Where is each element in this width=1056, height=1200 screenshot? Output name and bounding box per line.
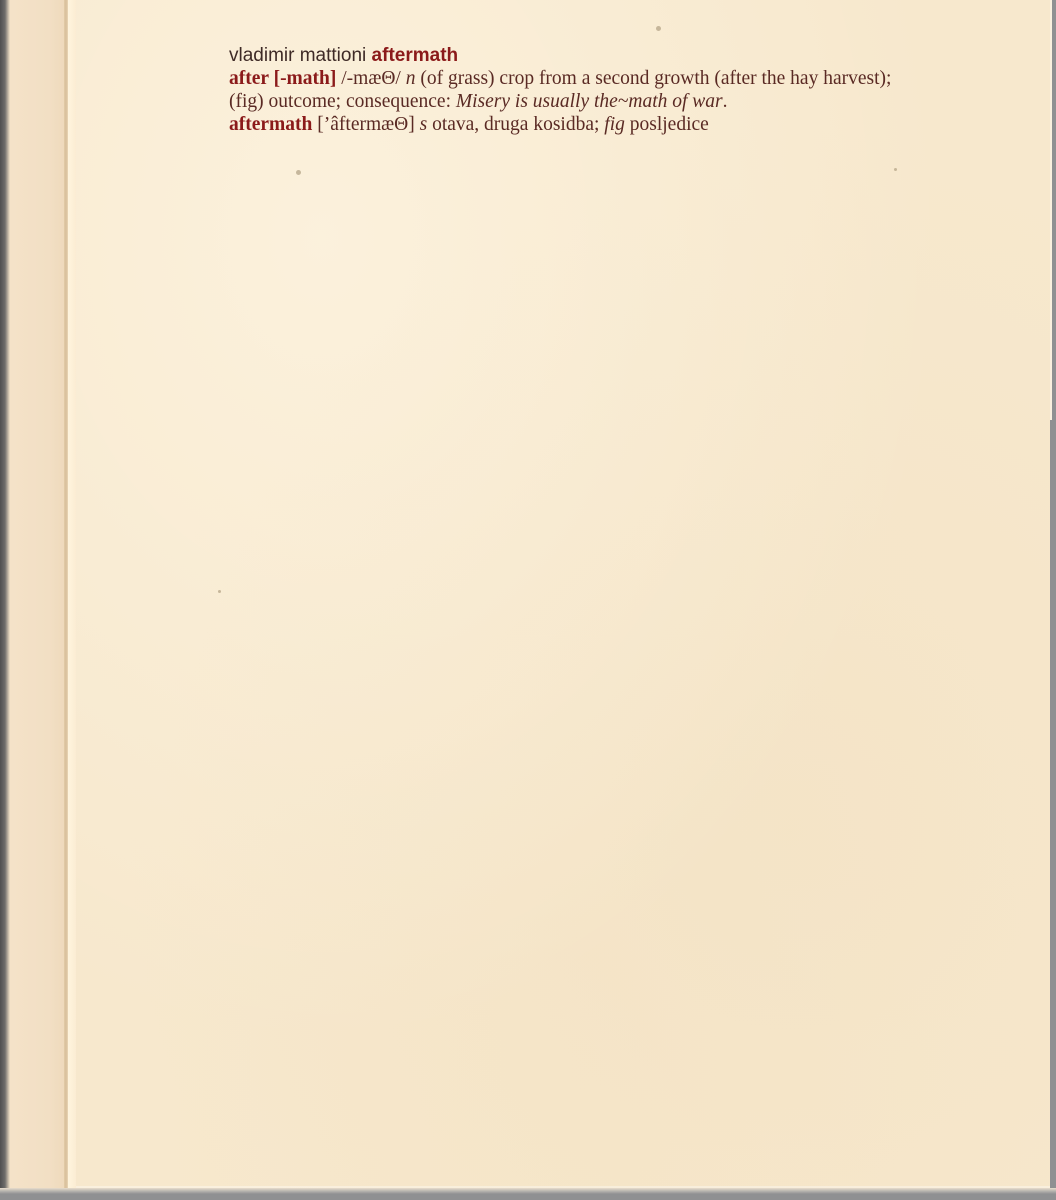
english-definition-line-2: (fig) outcome; consequence:	[229, 91, 456, 112]
spine-edge	[0, 0, 10, 1190]
croatian-part-of-speech: s	[420, 114, 428, 135]
croatian-entry-line: aftermath [’âftermæΘ] s otava, druga kos…	[229, 113, 891, 136]
english-example-period: .	[723, 91, 728, 112]
book-title: aftermath	[372, 45, 459, 66]
english-entry-line-2: (fig) outcome; consequence: Misery is us…	[229, 90, 891, 113]
paper-speck	[218, 590, 221, 593]
paper-speck	[296, 170, 301, 175]
english-headword: after [-math]	[229, 68, 336, 89]
cover-heading: vladimir mattioni aftermath	[229, 45, 891, 67]
croatian-pronunciation: [’âftermæΘ]	[317, 114, 414, 135]
spine-strip	[10, 0, 66, 1188]
croatian-headword: aftermath	[229, 114, 312, 135]
croatian-definition-1: otava, druga kosidba;	[432, 114, 604, 135]
english-part-of-speech: n	[406, 68, 416, 89]
scan-right-edge	[1050, 420, 1056, 1200]
author-name: vladimir mattioni	[229, 45, 366, 66]
english-definition-line-1: (of grass) crop from a second growth (af…	[420, 68, 891, 89]
croatian-definition-2: posljedice	[630, 114, 709, 135]
scan-background: vladimir mattioni aftermath after [-math…	[0, 0, 1056, 1200]
scan-bottom-edge	[0, 1188, 1056, 1200]
english-example: Misery is usually the~math of war	[456, 91, 723, 112]
croatian-fig-label: fig	[604, 114, 625, 135]
hinge-highlight	[68, 0, 76, 1188]
english-pronunciation: /-mæΘ/	[341, 68, 401, 89]
paper-speck	[656, 26, 661, 31]
cover-text: vladimir mattioni aftermath after [-math…	[229, 45, 891, 136]
english-entry-line-1: after [-math] /-mæΘ/ n (of grass) crop f…	[229, 67, 891, 90]
paper-speck	[894, 168, 897, 171]
book-cover: vladimir mattioni aftermath after [-math…	[8, 0, 1052, 1188]
